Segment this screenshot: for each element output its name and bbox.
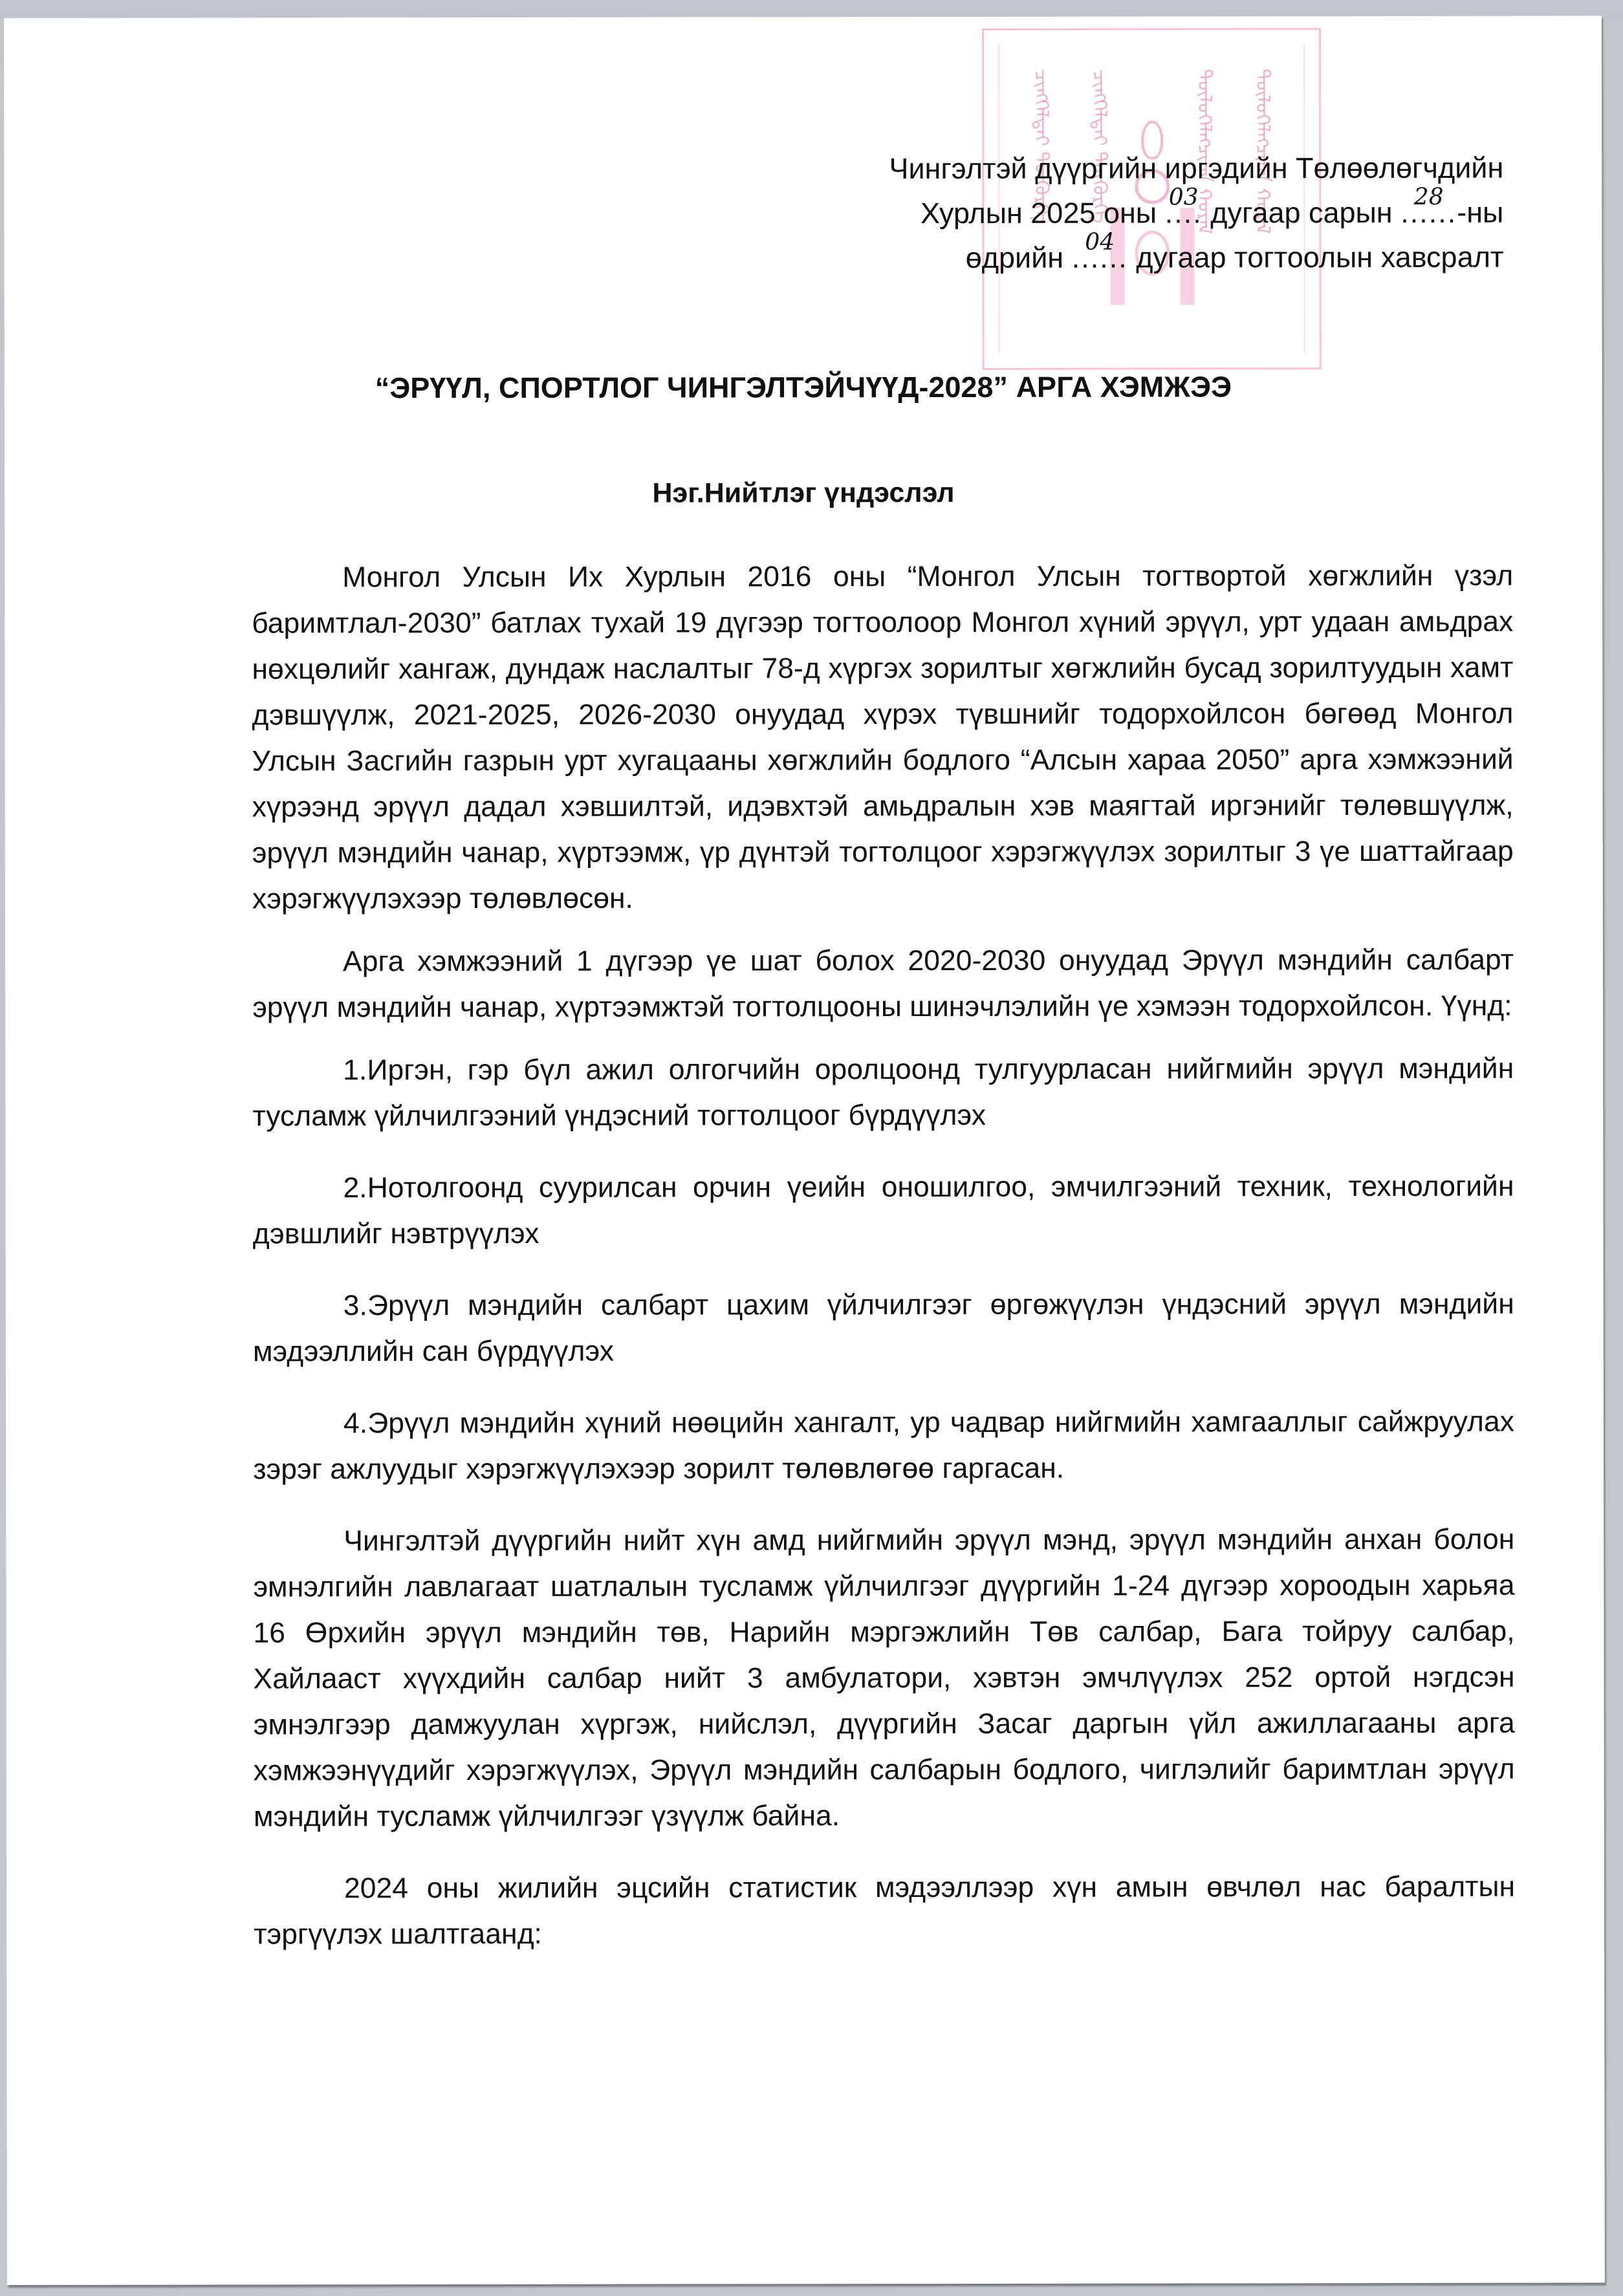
list-item: 1.Иргэн, гэр бүл ажил олгогчийн оролцоон… bbox=[252, 1046, 1514, 1140]
paragraph: Монгол Улсын Их Хурлын 2016 оны “Монгол … bbox=[252, 553, 1514, 922]
month-handwritten: 03 bbox=[1165, 175, 1203, 219]
list-item: 2.Нотолгоонд суурилсан орчин үеийн оноши… bbox=[252, 1164, 1514, 1257]
document-page: ᠴᠢᠩᠭᠡᠯᠲᠡᠢ ᠳᠦᠭᠦᠷᠭᠡ ᠴᠢᠩᠭᠡᠯᠲᠡᠢ ᠳᠦᠭᠦᠷᠭᠡ ᠲᠥᠯᠥ… bbox=[4, 16, 1605, 2285]
paragraph: Арга хэмжээний 1 дүгээр үе шат болох 202… bbox=[252, 937, 1514, 1031]
list-item: 3.Эрүүл мэндийн салбарт цахим үйлчилгээг… bbox=[253, 1281, 1514, 1375]
paragraph: 2024 оны жилийн эцсийн статистик мэдээлл… bbox=[254, 1864, 1515, 1958]
header-line-3-prefix: өдрийн bbox=[966, 241, 1072, 274]
day-handwritten: 28 bbox=[1400, 175, 1457, 219]
header-line-2-mid: дугаар сарын bbox=[1203, 196, 1401, 229]
attachment-header: Чингэлтэй дүүргийн иргэдийн Төлөөлөгчдий… bbox=[889, 146, 1503, 280]
month-field: ....03 bbox=[1165, 190, 1203, 235]
list-item: 4.Эрүүл мэндийн хүний нөөцийн хангалт, у… bbox=[253, 1399, 1514, 1493]
paragraph: Чингэлтэй дүүргийн нийт хүн амд нийгмийн… bbox=[253, 1517, 1515, 1840]
section-heading: Нэг.Нийтлэг үндэслэл bbox=[5, 477, 1602, 510]
resolution-number-field: ......04 bbox=[1072, 235, 1128, 280]
document-body: Монгол Улсын Их Хурлын 2016 оны “Монгол … bbox=[252, 553, 1515, 1975]
header-line-3: өдрийн ......04 дугаар тогтоолын хавсрал… bbox=[889, 235, 1504, 280]
day-field: ......28 bbox=[1400, 190, 1457, 235]
header-line-2-prefix: Хурлын 2025 оны bbox=[920, 196, 1165, 230]
resolution-number-handwritten: 04 bbox=[1072, 220, 1128, 265]
document-title: “ЭРҮҮЛ, СПОРТЛОГ ЧИНГЭЛТЭЙЧҮҮД-2028” АРГ… bbox=[5, 370, 1602, 406]
header-line-2: Хурлын 2025 оны ....03 дугаар сарын ....… bbox=[889, 190, 1503, 235]
header-line-2-suffix: -ны bbox=[1457, 196, 1503, 229]
header-line-3-suffix: дугаар тогтоолын хавсралт bbox=[1128, 241, 1504, 274]
